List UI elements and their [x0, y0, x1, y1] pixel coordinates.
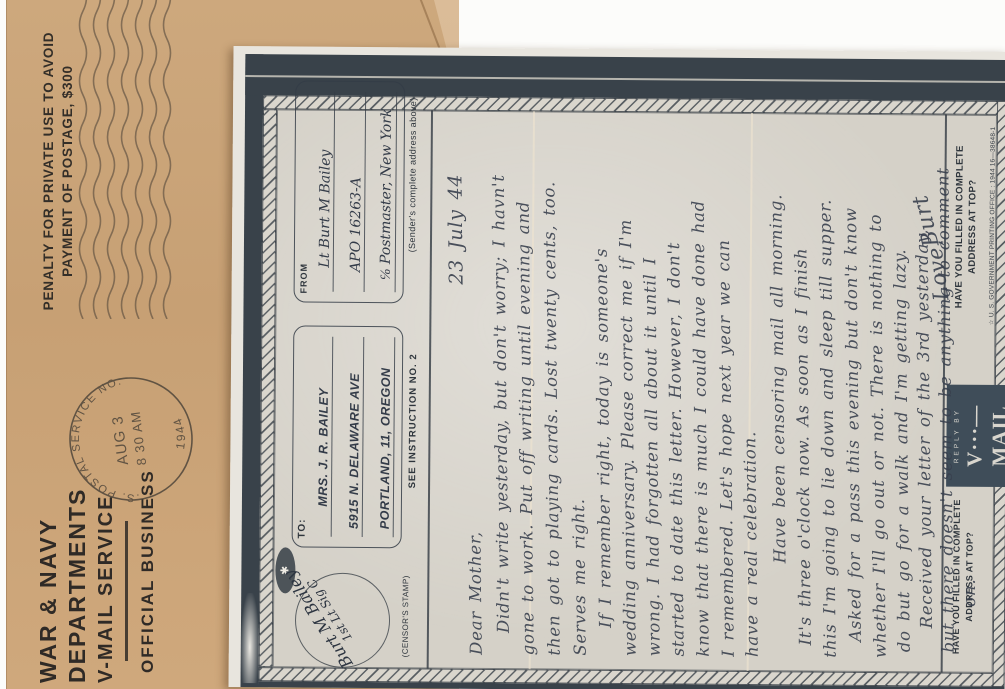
letter-line: Serves me right.: [569, 498, 590, 656]
penalty-notice: PENALTY FOR PRIVATE USE TO AVOID PAYMENT…: [41, 21, 75, 321]
from-address-apo: APO 16263-A: [348, 177, 365, 272]
vmail-form: ✱ Burt M Bailey 1st Lt Sig C (CENSOR'S S…: [228, 46, 1005, 689]
footer-right-line1: HAVE YOU FILLED IN COMPLETE: [952, 121, 967, 333]
cancellation-waves: [77, 0, 181, 319]
postmark-arc-bottom: 1944: [169, 414, 190, 451]
from-address-row: ℅ Postmaster, New York: [371, 92, 398, 292]
cancellation-wave: [150, 0, 157, 319]
censor-stamp-label: (CENSOR'S STAMP): [401, 572, 411, 660]
to-address-box: TO: MRS. J. R. BAILEY 5915 N. DELAWARE A…: [292, 325, 404, 548]
from-address-box: FROM Lt Burt M Bailey APO 16263-A ℅ Post…: [294, 80, 406, 303]
cancellation-wave: [164, 0, 171, 319]
cancellation-wave: [122, 0, 129, 319]
from-address-row: APO 16263-A: [340, 92, 367, 292]
from-address-postmaster: ℅ Postmaster, New York: [378, 109, 396, 281]
cancellation-wave: [80, 0, 87, 319]
vmail-logo-main: V···—MAIL: [962, 385, 1005, 487]
see-instruction-label: SEE INSTRUCTION NO. 2: [407, 353, 419, 488]
letter-line: on.: [960, 578, 979, 606]
to-address-city: PORTLAND, 11, OREGON: [378, 367, 393, 529]
footer-left-line2: ADDRESS AT TOP?: [963, 497, 977, 657]
photo-glare: [241, 593, 260, 683]
svg-text:1944: 1944: [169, 414, 190, 451]
penalty-line-2: PAYMENT OF POSTAGE, $300: [60, 21, 75, 321]
to-address-street: 5915 N. DELAWARE AVE: [347, 373, 362, 529]
footer-right: HAVE YOU FILLED IN COMPLETE ADDRESS AT T…: [952, 121, 980, 333]
letter-line: have a real celebration.: [740, 431, 762, 657]
to-address-row: PORTLAND, 11, OREGON: [369, 337, 396, 537]
vmail-letter: ✱ Burt M Bailey 1st Lt Sig C (CENSOR'S S…: [228, 46, 1005, 689]
from-address-name: Lt Burt M Bailey: [317, 150, 334, 268]
letter-date: 23 July 44: [444, 173, 467, 284]
scan-page: WAR & NAVY DEPARTMENTS V-MAIL SERVICE OF…: [0, 0, 1005, 689]
return-line-3: V-MAIL SERVICE: [95, 495, 118, 683]
cancellation-wave: [136, 0, 143, 319]
cancellation-wave: [94, 0, 101, 319]
return-divider-rule: [125, 521, 128, 661]
footer-right-line2: ADDRESS AT TOP?: [965, 121, 980, 333]
to-address-name: MRS. J. R. BAILEY: [316, 388, 331, 507]
return-line-2: DEPARTMENTS: [64, 488, 91, 683]
postmark-arc-top: U.S. POSTAL SERVICE NO. 2: [53, 374, 144, 517]
from-label: FROM: [299, 263, 309, 294]
penalty-line-1: PENALTY FOR PRIVATE USE TO AVOID: [41, 21, 56, 321]
return-line-1: WAR & NAVY: [35, 518, 62, 683]
from-address-row: Lt Burt M Bailey: [309, 92, 336, 292]
to-address-row: MRS. J. R. BAILEY: [307, 337, 334, 537]
letter-salutation: Dear Mother,: [465, 531, 485, 655]
to-address-row: 5915 N. DELAWARE AVE: [338, 337, 365, 537]
cancellation-wave: [108, 0, 115, 319]
postmark-stamp: U.S. POSTAL SERVICE NO. 2 1944 AUG 3 8 3…: [53, 361, 209, 517]
envelope-rotated-content: WAR & NAVY DEPARTMENTS V-MAIL SERVICE OF…: [7, 0, 234, 689]
sender-note-label: (Sender's complete address above): [407, 97, 418, 252]
svg-text:U.S. POSTAL SERVICE NO. 2: U.S. POSTAL SERVICE NO. 2: [53, 374, 144, 517]
